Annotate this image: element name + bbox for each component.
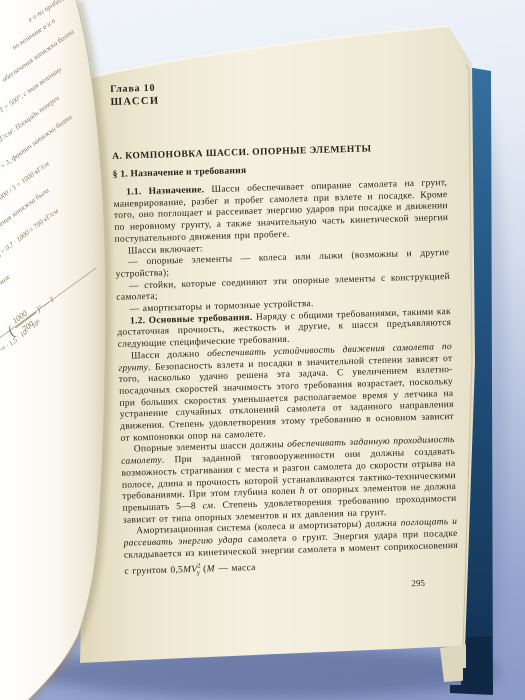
paragraph: 1.1. Назначение. Шасси обеспечивает опир… <box>113 178 449 246</box>
paragraph: Шасси должно обеспечивать устойчивость д… <box>118 342 455 445</box>
paragraph: Амортизационная система (колеса и аморти… <box>123 517 458 581</box>
body-text: 1.1. Назначение. Шасси обеспечивает опир… <box>113 178 459 581</box>
section-heading: А. КОМПОНОВКА ШАССИ. ОПОРНЫЕ ЭЛЕМЕНТЫ <box>112 141 446 162</box>
formula-mv: MV <box>183 564 198 574</box>
book-photo: Глава 10 ШАССИ А. КОМПОНОВКА ШАССИ. ОПОР… <box>0 0 525 700</box>
book-page-text: Глава 10 ШАССИ А. КОМПОНОВКА ШАССИ. ОПОР… <box>110 74 459 597</box>
subsection-heading: § 1. Назначение и требования <box>113 159 447 180</box>
unit-cm: см <box>202 501 213 511</box>
text-segment: . Безопасность взлета и посадки в значит… <box>119 354 455 444</box>
text-segment: — масса <box>215 563 256 574</box>
text-segment: . При заданной тяговооруженности они дол… <box>121 447 455 502</box>
paragraph: Опорные элементы шасси должны обеспечива… <box>121 435 457 527</box>
text-segment: самолета о грунт. Энергия удара при поса… <box>124 529 458 576</box>
curled-page: е о по пробеге через по величине σ и п о… <box>0 0 150 700</box>
